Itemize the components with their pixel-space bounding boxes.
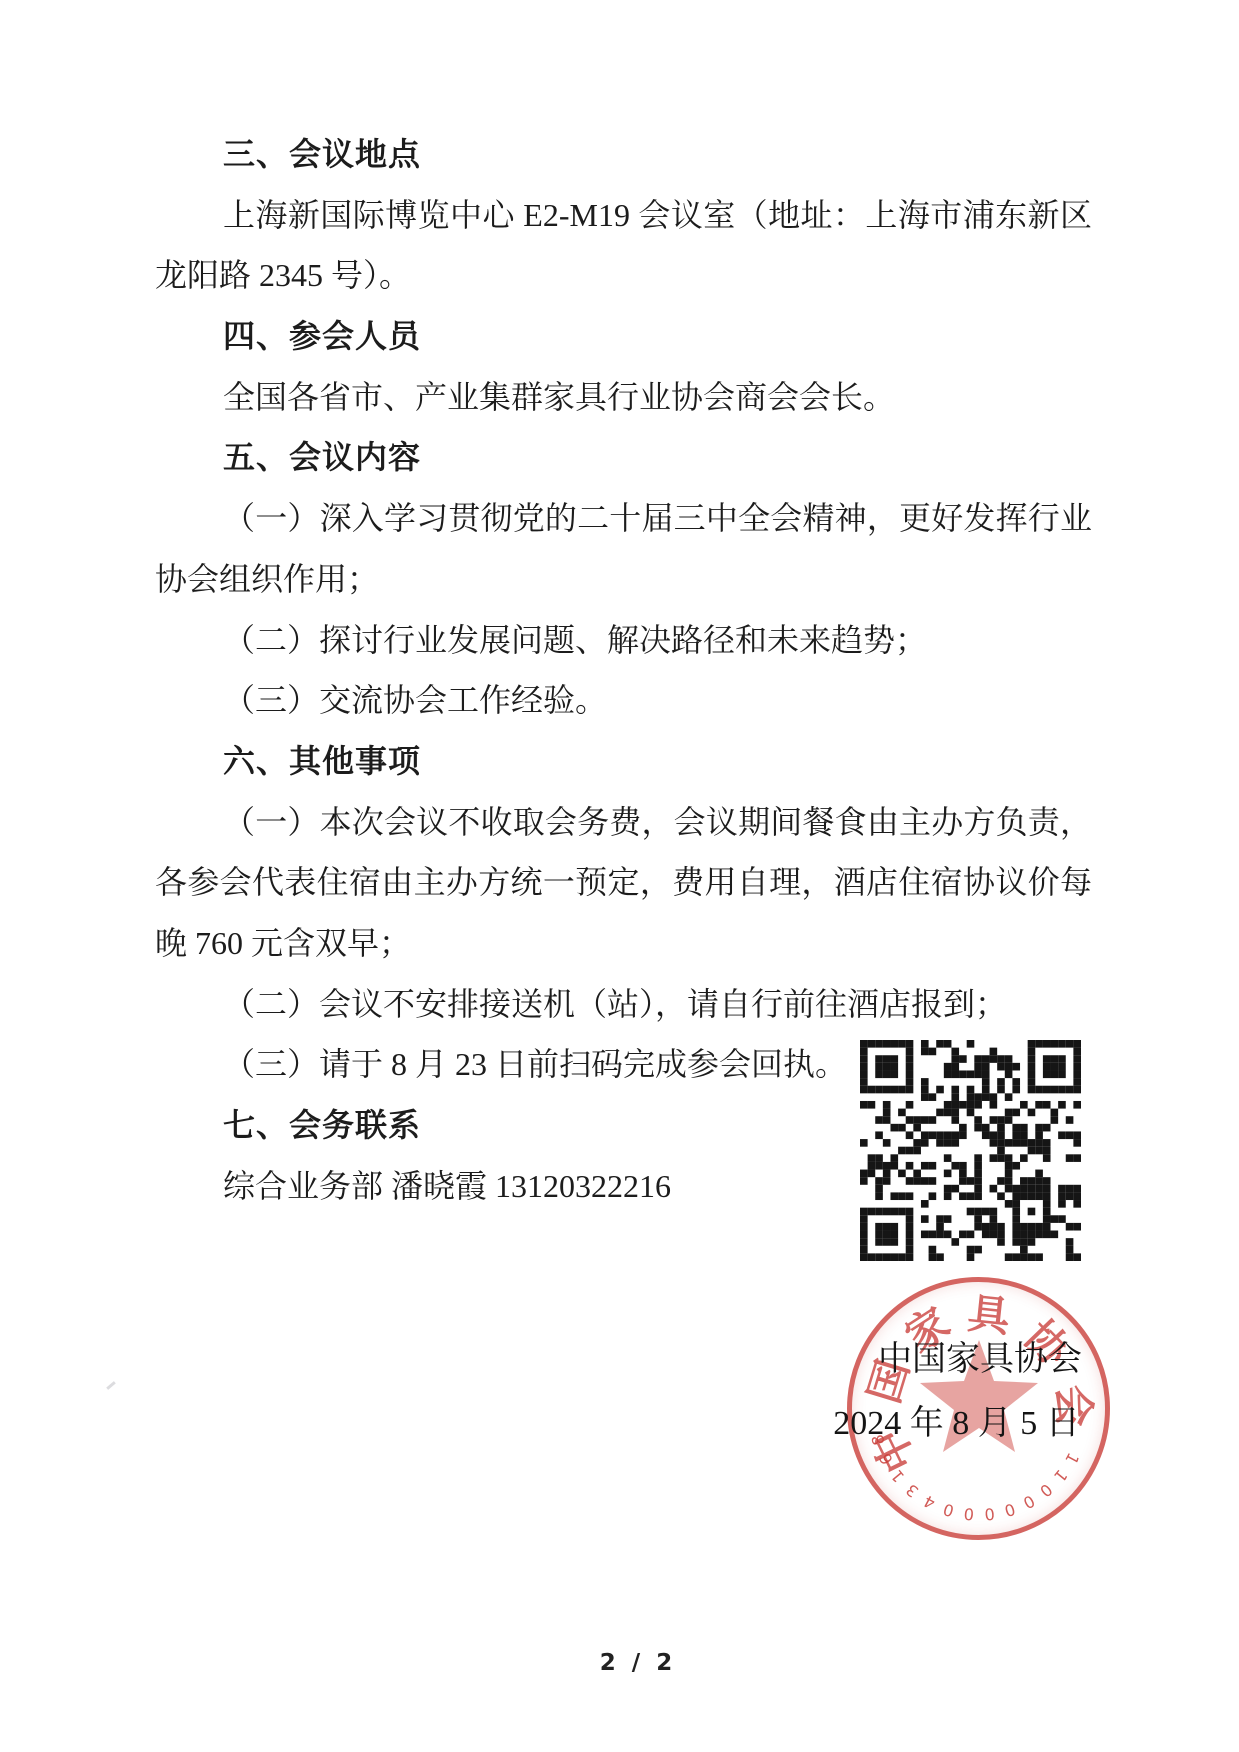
document-line: 四、参会人员 [155,306,1092,367]
document-line: （二）会议不安排接送机（站），请自行前往酒店报到； [155,974,1092,1035]
document-line-text: 七、会务联系 [223,1107,421,1143]
document-line: （三）交流协会工作经验。 [155,670,1092,731]
seal-serial-digit: 1 [1049,1465,1071,1486]
page-number: 2 / 2 [538,1650,738,1676]
document-line-text: 各参会代表住宿由主办方统一预定，费用自理，酒店住宿协议价每 [155,864,1092,900]
seal-serial-digit: 0 [1001,1499,1018,1520]
document-line-text: 三、会议地点 [223,136,421,172]
document-line: （一）本次会议不收取会务费，会议期间餐食由主办方负责， [155,792,1092,853]
document-line: 三、会议地点 [155,124,1092,185]
document-page: 三、会议地点上海新国际博览中心 E2-M19 会议室（地址：上海市浦东新区龙阳路… [0,0,1239,1752]
document-line: 晚 760 元含双早； [155,913,1092,974]
seal-serial-digit: 3 [902,1479,923,1501]
qr-code [860,1040,1081,1261]
document-line-text: 四、参会人员 [223,318,421,354]
document-line: 上海新国际博览中心 E2-M19 会议室（地址：上海市浦东新区 [155,185,1092,246]
document-line-text: （一）本次会议不收取会务费，会议期间餐食由主办方负责， [223,804,1092,840]
seal-serial-digit: 0 [982,1503,996,1522]
document-line-text: （二）会议不安排接送机（站），请自行前往酒店报到； [223,986,1007,1022]
seal-serial-digit: 0 [940,1499,957,1520]
document-line: （一）深入学习贯彻党的二十届三中全会精神，更好发挥行业 [155,488,1092,549]
document-line-text: 六、其他事项 [223,743,421,779]
seal-serial-digit: 0 [962,1503,976,1522]
document-line-text: （一）深入学习贯彻党的二十届三中全会精神，更好发挥行业 [223,500,1092,536]
seal-serial-digit: 0 [1035,1479,1056,1501]
document-line-text: 晚 760 元含双早； [155,925,411,961]
document-line-text: 龙阳路 2345 号）。 [155,257,411,293]
document-line-text: 全国各省市、产业集群家具行业协会商会会长。 [223,379,895,415]
scan-artifact [106,1381,116,1390]
issue-date: 2024 年 8 月 5 日 [804,1402,1109,1446]
document-line-text: （二）探讨行业发展问题、解决路径和未来趋势； [223,622,927,658]
seal-serial-digit: 4 [920,1490,939,1512]
document-line: 全国各省市、产业集群家具行业协会商会会长。 [155,367,1092,428]
document-line-text: （三）交流协会工作经验。 [223,682,607,718]
document-line: 各参会代表住宿由主办方统一预定，费用自理，酒店住宿协议价每 [155,852,1092,913]
document-line: 六、其他事项 [155,731,1092,792]
document-line-text: 综合业务部 潘晓霞 13120322216 [223,1168,671,1204]
seal-serial-digit: 0 [1019,1490,1038,1512]
document-line-text: 协会组织作用； [155,561,379,597]
document-line-text: 上海新国际博览中心 E2-M19 会议室（地址：上海市浦东新区 [223,197,1092,233]
document-line-text: 五、会议内容 [223,439,421,475]
seal-serial-digit: 1 [1060,1448,1082,1467]
document-line: 龙阳路 2345 号）。 [155,245,1092,306]
seal-ring-character: 具 [963,1291,1014,1342]
document-line: 协会组织作用； [155,549,1092,610]
document-line: 五、会议内容 [155,427,1092,488]
document-line: （二）探讨行业发展问题、解决路径和未来趋势； [155,610,1092,671]
document-line-text: （三）请于 8 月 23 日前扫码完成参会回执。 [223,1046,847,1082]
issuer-name: 中国家具协会 [830,1338,1130,1382]
